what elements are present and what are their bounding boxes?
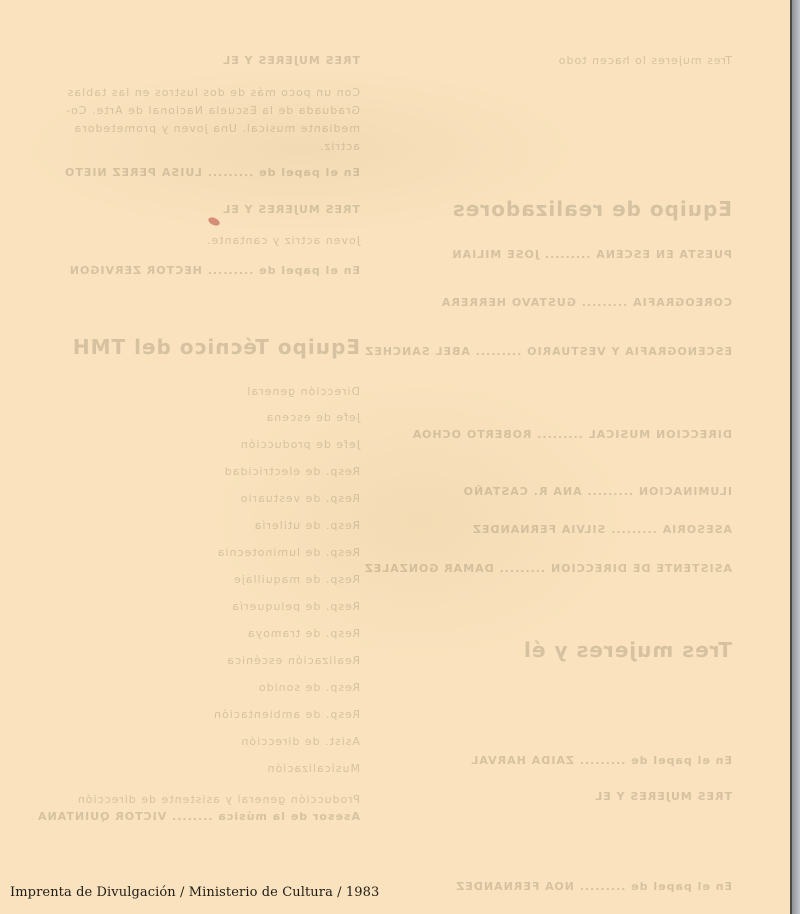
imprint-footer: Imprenta de Divulgación / Ministerio de … [10,885,379,900]
document-page: TRES MUJERES Y EL Con un poco más de dos… [0,0,792,914]
showthrough-line: Tres mujeres lo hacen todo [558,54,732,67]
showthrough-line: mediante musical. Una joven y prometedor… [74,122,360,135]
showthrough-line: Asist. de dirección [240,735,360,748]
reverse-side-showthrough: TRES MUJERES Y EL Con un poco más de dos… [0,0,792,914]
showthrough-line: Jefe de producción [240,438,360,451]
showthrough-line: Joven actriz y cantante. [206,234,360,247]
showthrough-line: Resp. de sonido [258,681,360,694]
showthrough-line: Dirección general [246,385,360,398]
showthrough-line: Resp. de vestuario [240,492,360,505]
showthrough-line: ILUMINACION ......... ANA R. CASTAÑO [463,485,732,498]
page-edge [792,0,800,914]
showthrough-line: COREOGRAFIA ......... GUSTAVO HERRERA [441,296,732,309]
showthrough-line: Con un poco más de dos lustros en las ta… [67,86,360,99]
showthrough-line: Realización escénica [226,654,360,667]
showthrough-line: Resp. de luminotecnia [217,546,360,559]
showthrough-line: Musicalización [267,762,360,775]
showthrough-line: Resp. de ambientación [213,708,360,721]
showthrough-line: actriz. [319,140,360,153]
showthrough-line: En el papel de ......... NOA FERNANDEZ [455,880,732,893]
showthrough-line: Asesor de la música ........ VICTOR QUIN… [37,810,360,823]
ink-stain [207,216,221,227]
showthrough-line: ASISTENTE DE DIRECCION ......... DAMAR G… [364,562,732,575]
showthrough-line: Resp. de utilería [254,519,360,532]
showthrough-heading: Equipo de realizadores [452,197,732,221]
showthrough-line: Producción general y asistente de direcc… [77,793,360,806]
showthrough-line: TRES MUJERES Y EL [222,203,360,216]
showthrough-line: En el papel de ......... HECTOR ZERVIGON [69,264,360,277]
showthrough-line: Resp. de maquillaje [233,573,360,586]
showthrough-line: ASESORIA ......... SILVIA FERNANDEZ [472,523,732,536]
showthrough-line: ESCENOGRAFIA Y VESTUARIO ......... ABEL … [364,345,732,358]
showthrough-line: DIRECCION MUSICAL ......... ROBERTO OCHO… [412,428,732,441]
showthrough-line: En el papel de ......... ZAIDA HARVAL [470,754,732,767]
showthrough-line: Graduada de la Escuela Nacional de Arte.… [65,104,360,117]
showthrough-line: Resp. de electricidad [224,465,360,478]
showthrough-line: En el papel de ......... LUISA PEREZ NIE… [64,166,360,179]
showthrough-line: Resp. de tramoya [247,627,360,640]
showthrough-heading: Equipo Técnico del TMH [72,335,360,359]
showthrough-line: TRES MUJERES Y EL [222,54,360,67]
showthrough-line: TRES MUJERES Y EL [594,790,732,803]
showthrough-line: Resp. de peluquería [231,600,360,613]
showthrough-heading: Tres mujeres y él [523,638,732,662]
showthrough-line: PUESTA EN ESCENA ......... JOSE MILIAN [451,248,732,261]
showthrough-line: Jefe de escena [266,411,360,424]
